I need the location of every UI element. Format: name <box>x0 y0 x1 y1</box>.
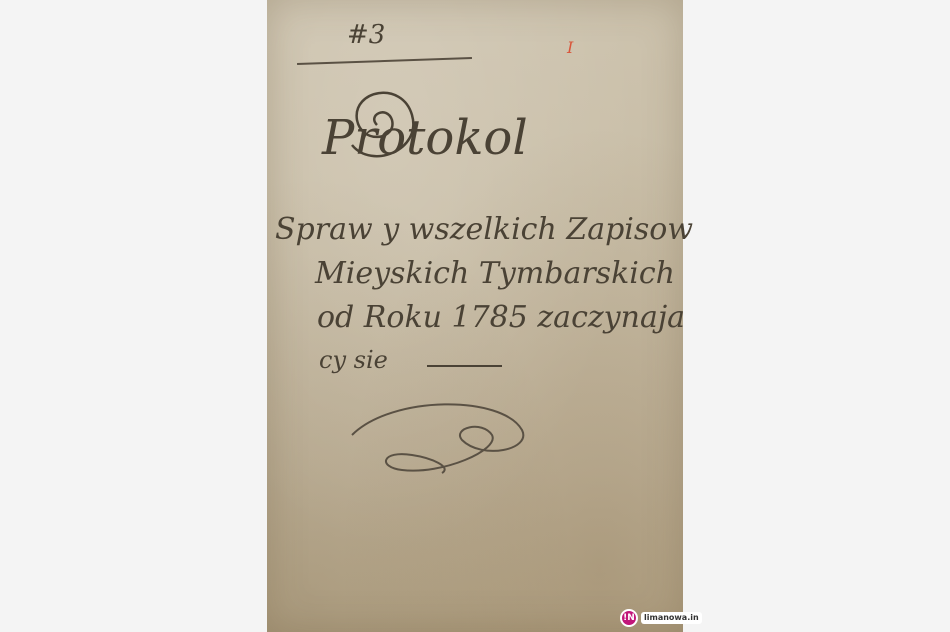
red-annotation: I <box>567 38 573 58</box>
watermark-text: limanowa.in <box>641 612 702 624</box>
site-watermark: !N limanowa.in <box>620 609 702 627</box>
text-line-1: Spraw y wszelkich Zapisow <box>275 212 693 247</box>
text-line-3: od Roku 1785 zaczynaja <box>317 300 685 335</box>
text-line-2: Mieyskich Tymbarskich <box>315 256 675 291</box>
red-annotation-mark: I <box>567 38 573 57</box>
manuscript-page: #3 Protokol Spraw y wszelkich Zapisow Mi… <box>267 0 683 632</box>
site-logo-icon: !N <box>620 609 638 627</box>
manuscript-number: #3 <box>347 20 385 50</box>
end-rule <box>427 365 502 367</box>
text-line-4: cy sie <box>319 346 388 374</box>
top-rule <box>297 57 472 65</box>
document-title: Protokol <box>322 110 528 166</box>
bottom-flourish <box>347 390 547 510</box>
